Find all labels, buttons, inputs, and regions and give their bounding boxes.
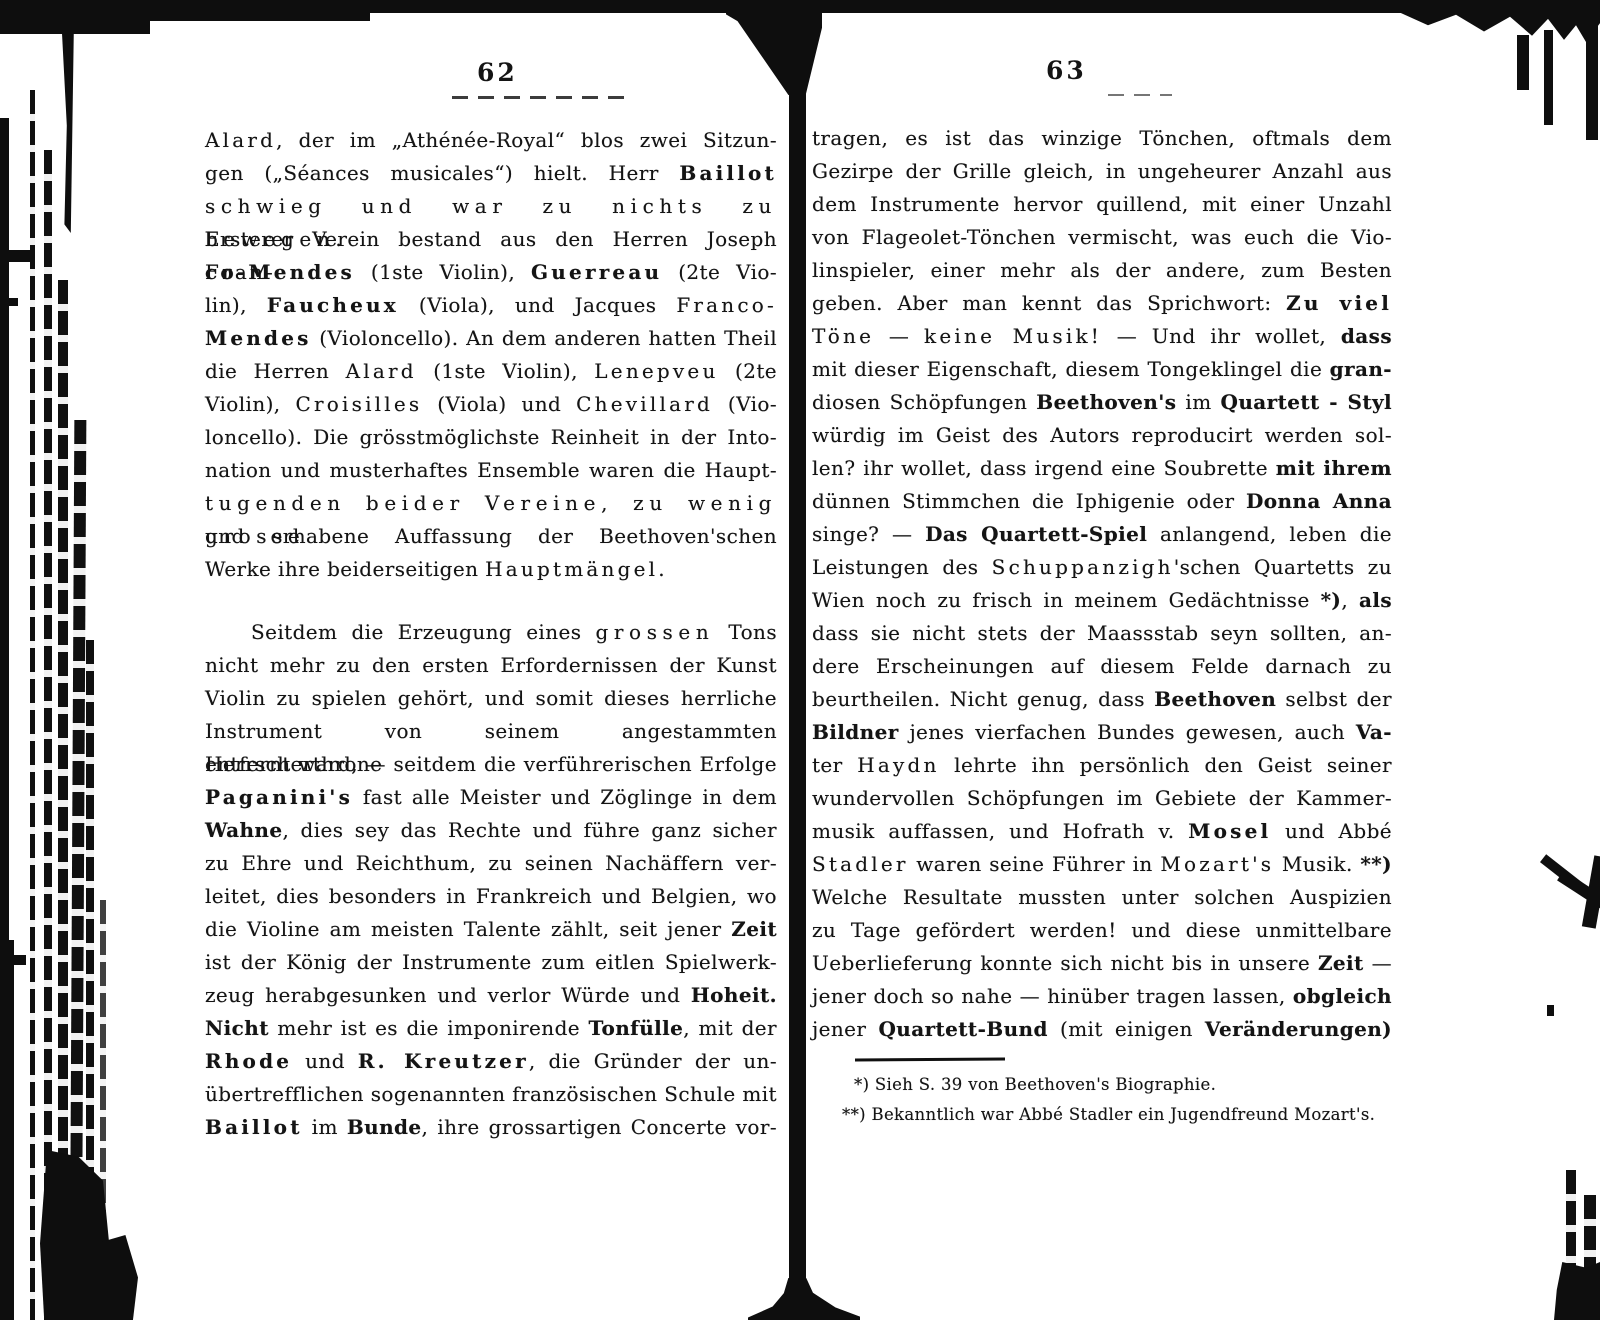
text-line: wundervollen Schöpfungen im Gebiete der …: [812, 782, 1392, 815]
scan-artifact-top-right-mass: [1400, 0, 1600, 42]
text-segment: R. Kreutzer: [358, 1049, 529, 1073]
scan-artifact-left-bar-thick: [0, 940, 14, 1320]
text-segment: und: [292, 1049, 358, 1073]
text-line: dere Erscheinungen auf diesem Felde darn…: [812, 650, 1392, 683]
scan-artifact-dot: [1547, 1005, 1554, 1016]
text-line: zu Ehre und Reichthum, zu seinen Nachäff…: [205, 847, 777, 880]
text-segment: Mendes: [205, 326, 312, 350]
page-62-text: Alard, der im „Athénée-Royal“ blos zwei …: [205, 124, 777, 1144]
text-line: tugenden beider Vereine, zu wenig grosse: [205, 487, 777, 520]
scan-artifact-gutter-foot: [748, 1278, 860, 1320]
text-segment: , dies sey das Rechte und führe ganz sic…: [283, 818, 778, 842]
text-line: von Flageolet-Tönchen vermischt, was euc…: [812, 221, 1392, 254]
text-segment: Guerreau: [531, 260, 662, 284]
text-line: tragen, es ist das winzige Tönchen, oftm…: [812, 122, 1392, 155]
text-segment: *): [1321, 588, 1342, 612]
text-segment: jener doch so nahe — hinüber tragen lass…: [812, 984, 1293, 1008]
text-line: übertrefflichen sogenannten französische…: [205, 1078, 777, 1111]
text-segment: gen („Séances musicales“) hielt. Herr: [205, 161, 679, 185]
text-segment: Werke ihre beiderseitigen: [205, 557, 485, 581]
text-segment: Schuppanzigh: [992, 555, 1174, 579]
text-segment: Bunde: [347, 1115, 422, 1139]
text-segment: Zu viel: [1286, 291, 1392, 315]
text-segment: Hoheit.: [691, 983, 777, 1007]
footnote-separator-rule: [855, 1057, 1005, 1061]
text-line: entfernt ward, — seitdem die verführeris…: [205, 748, 777, 781]
text-line: Wien noch zu frisch in meinem Gedächtnis…: [812, 584, 1392, 617]
text-segment: im: [303, 1115, 347, 1139]
text-segment: waren seine Führer in: [909, 852, 1161, 876]
scan-artifact-left-drip: [58, 18, 74, 233]
paragraph: tragen, es ist das winzige Tönchen, oftm…: [812, 122, 1392, 1046]
text-segment: ter: [812, 753, 857, 777]
text-segment: diosen Schöpfungen: [812, 390, 1036, 414]
text-segment: (1ste Violin),: [417, 359, 595, 383]
text-segment: jener: [812, 1017, 878, 1041]
page-number-underline-right: [1108, 94, 1172, 96]
text-segment: Seitdem die Erzeugung eines: [251, 620, 595, 644]
text-segment: Stadler: [812, 852, 909, 876]
text-line: dem Instrumente hervor quillend, mit ein…: [812, 188, 1392, 221]
text-segment: singe? —: [812, 522, 925, 546]
text-segment: jenes vierfachen Bundes gewesen, auch: [899, 720, 1356, 744]
text-segment: dass sie nicht stets der Maassstab seyn …: [812, 621, 1392, 645]
paragraph: Alard, der im „Athénée-Royal“ blos zwei …: [205, 124, 777, 586]
scan-artifact-drip: [1586, 25, 1598, 140]
text-line: dass sie nicht stets der Maassstab seyn …: [812, 617, 1392, 650]
footnote-block: *) Sieh S. 39 von Beethoven's Biographie…: [812, 1070, 1392, 1130]
text-segment: (2te: [719, 359, 777, 383]
text-segment: Veränderungen): [1205, 1017, 1392, 1041]
text-segment: , ihre grossartigen Concerte vor-: [422, 1115, 777, 1139]
text-line: nation und musterhaftes Ensemble waren d…: [205, 454, 777, 487]
page-63-footnotes: *) Sieh S. 39 von Beethoven's Biographie…: [812, 1070, 1392, 1130]
text-segment: Töne: [812, 324, 874, 348]
scanned-book-spread: 62 63 Alard, der im „Athénée-Royal“ blos…: [0, 0, 1600, 1320]
text-segment: loncello). Die grösstmöglichste Reinheit…: [205, 425, 777, 449]
text-segment: Ueberlieferung konnte sich nicht bis in …: [812, 951, 1318, 975]
text-line: beurtheilen. Nicht genug, dass Beethoven…: [812, 683, 1392, 716]
text-segment: 'schen Quartetts zu: [1174, 555, 1392, 579]
text-segment: dünnen Stimmchen die Iphigenie oder: [812, 489, 1246, 513]
text-segment: co-Mendes: [205, 260, 355, 284]
text-segment: selbst der: [1276, 687, 1392, 711]
text-segment: (Viola), und Jacques: [399, 293, 676, 317]
text-segment: dere Erscheinungen auf diesem Felde darn…: [812, 654, 1392, 678]
text-segment: lehrte ihn persönlich den Geist seiner: [940, 753, 1392, 777]
text-line: ist der König der Instrumente zum eitlen…: [205, 946, 777, 979]
text-line: gen („Séances musicales“) hielt. Herr Ba…: [205, 157, 777, 190]
text-segment: mit ihrem: [1276, 456, 1392, 480]
text-segment: , der im „Athénée-Royal“ blos zwei Sitzu…: [276, 128, 777, 152]
text-segment: Wien noch zu frisch in meinem Gedächtnis…: [812, 588, 1321, 612]
text-line: die Violine am meisten Talente zählt, se…: [205, 913, 777, 946]
text-segment: Donna Anna: [1246, 489, 1392, 513]
text-line: zu Tage gefördert werden! und diese unmi…: [812, 914, 1392, 947]
text-line: Violin zu spielen gehört, und somit dies…: [205, 682, 777, 715]
text-segment: (Vio-: [713, 392, 777, 416]
text-segment: Bildner: [812, 720, 899, 744]
text-segment: keine Musik!: [924, 324, 1102, 348]
page-63-text: tragen, es ist das winzige Tönchen, oftm…: [812, 122, 1392, 1046]
text-segment: Croisilles: [296, 392, 423, 416]
text-segment: *) Sieh S. 39 von Beethoven's Biographie…: [854, 1075, 1216, 1094]
text-segment: Musik.: [1274, 852, 1360, 876]
text-line: würdig im Geist des Autors reproducirt w…: [812, 419, 1392, 452]
text-segment: **): [1360, 852, 1392, 876]
text-segment: Paganini's: [205, 785, 353, 809]
text-segment: Wahne: [205, 818, 283, 842]
text-segment: Tons: [714, 620, 777, 644]
text-segment: —: [874, 324, 924, 348]
text-segment: gran-: [1330, 357, 1392, 381]
text-segment: len? ihr wollet, dass irgend eine Soubre…: [812, 456, 1276, 480]
text-segment: zeug herabgesunken und verlor Würde und: [205, 983, 691, 1007]
text-segment: und erhabene Auffassung der Beethoven'sc…: [205, 524, 777, 548]
text-line: leitet, dies besonders in Frankreich und…: [205, 880, 777, 913]
page-number-underline-left: [452, 96, 624, 99]
text-line: Gezirpe der Grille gleich, in ungeheurer…: [812, 155, 1392, 188]
text-line: nicht mehr zu den ersten Erfordernissen …: [205, 649, 777, 682]
text-segment: anlangend, leben die: [1147, 522, 1392, 546]
footnote-line: *) Sieh S. 39 von Beethoven's Biographie…: [812, 1070, 1392, 1100]
text-line: singe? — Das Quartett-Spiel anlangend, l…: [812, 518, 1392, 551]
text-segment: , die Gründer der un-: [529, 1049, 777, 1073]
text-line: dünnen Stimmchen die Iphigenie oder Donn…: [812, 485, 1392, 518]
text-line: Alard, der im „Athénée-Royal“ blos zwei …: [205, 124, 777, 157]
text-segment: nicht mehr zu den ersten Erfordernissen …: [205, 653, 777, 677]
scan-artifact-gutter-line: [789, 20, 806, 1300]
scan-artifact-drip: [1544, 30, 1553, 125]
text-line: Stadler waren seine Führer in Mozart's M…: [812, 848, 1392, 881]
text-segment: und Abbé: [1271, 819, 1392, 843]
text-segment: Quartett - Styl: [1221, 390, 1392, 414]
text-segment: Beethoven: [1154, 687, 1276, 711]
text-segment: lin),: [205, 293, 267, 317]
text-line: Wahne, dies sey das Rechte und führe gan…: [205, 814, 777, 847]
text-line: co-Mendes (1ste Violin), Guerreau (2te V…: [205, 256, 777, 289]
text-segment: Haydn: [857, 753, 939, 777]
text-segment: Lenepveu: [594, 359, 718, 383]
text-segment: geben. Aber man kennt das Sprichwort:: [812, 291, 1286, 315]
text-line: Ersterer Verein bestand aus den Herren J…: [205, 223, 777, 256]
text-segment: Mosel: [1188, 819, 1271, 843]
text-segment: mit dieser Eigenschaft, diesem Tongeklin…: [812, 357, 1330, 381]
text-segment: dem Instrumente hervor quillend, mit ein…: [812, 192, 1392, 216]
text-line: geben. Aber man kennt das Sprichwort: Zu…: [812, 287, 1392, 320]
text-line: die Herren Alard (1ste Violin), Lenepveu…: [205, 355, 777, 388]
text-segment: die Herren: [205, 359, 346, 383]
text-line: Leistungen des Schuppanzigh'schen Quarte…: [812, 551, 1392, 584]
scan-artifact-bottom-left-mass: [96, 1235, 138, 1320]
text-segment: Violin zu spielen gehört, und somit dies…: [205, 686, 777, 710]
text-segment: übertrefflichen sogenannten französische…: [205, 1082, 777, 1106]
text-segment: wundervollen Schöpfungen im Gebiete der …: [812, 786, 1392, 810]
page-number-left: 62: [477, 58, 518, 87]
text-segment: Welche Resultate mussten unter solchen A…: [812, 885, 1392, 909]
text-segment: Nicht: [205, 1016, 269, 1040]
text-segment: Chevillard: [576, 392, 713, 416]
text-segment: von Flageolet-Tönchen vermischt, was euc…: [812, 225, 1392, 249]
text-segment: Zeit: [1318, 951, 1364, 975]
text-segment: ,: [1341, 588, 1359, 612]
text-line: Mendes (Violoncello). An dem anderen hat…: [205, 322, 777, 355]
text-line: mit dieser Eigenschaft, diesem Tongeklin…: [812, 353, 1392, 386]
text-segment: Gezirpe der Grille gleich, in ungeheurer…: [812, 159, 1392, 183]
text-segment: würdig im Geist des Autors reproducirt w…: [812, 423, 1392, 447]
text-line: len? ihr wollet, dass irgend eine Soubre…: [812, 452, 1392, 485]
text-segment: Leistungen des: [812, 555, 992, 579]
text-segment: Ersterer Verein bestand aus den Herren J…: [205, 227, 777, 251]
text-line: Töne — keine Musik! — Und ihr wollet, da…: [812, 320, 1392, 353]
scan-artifact-left-tick: [0, 298, 18, 306]
text-segment: Alard: [205, 128, 276, 152]
text-line: linspieler, einer mehr als der andere, z…: [812, 254, 1392, 287]
text-segment: zu Tage gefördert werden! und diese unmi…: [812, 918, 1392, 942]
page-number-right: 63: [1046, 56, 1087, 85]
scan-artifact-streak: [30, 90, 35, 1320]
text-segment: im: [1176, 390, 1220, 414]
text-line: zeug herabgesunken und verlor Würde und …: [205, 979, 777, 1012]
text-line: schwieg und war zu nichts zu bewegen.: [205, 190, 777, 223]
footnote-line: **) Bekanntlich war Abbé Stadler ein Jug…: [812, 1100, 1392, 1130]
text-segment: (Violoncello). An dem anderen hatten The…: [312, 326, 777, 350]
text-line: musik auffassen, und Hofrath v. Mosel un…: [812, 815, 1392, 848]
text-segment: entfernt ward, — seitdem die verführeris…: [205, 752, 777, 776]
text-line: Baillot im Bunde, ihre grossartigen Conc…: [205, 1111, 777, 1144]
scan-artifact-streak: [44, 150, 52, 1320]
text-segment: grossen: [595, 620, 714, 644]
text-segment: beurtheilen. Nicht genug, dass: [812, 687, 1154, 711]
text-segment: , mit der: [683, 1016, 777, 1040]
text-line: loncello). Die grösstmöglichste Reinheit…: [205, 421, 777, 454]
text-segment: dass: [1341, 324, 1392, 348]
text-line: ter Haydn lehrte ihn persönlich den Geis…: [812, 749, 1392, 782]
text-line: Welche Resultate mussten unter solchen A…: [812, 881, 1392, 914]
scan-artifact-top-left-lump: [0, 0, 150, 34]
text-segment: die Violine am meisten Talente zählt, se…: [205, 917, 731, 941]
text-segment: Va-: [1356, 720, 1392, 744]
text-segment: nation und musterhaftes Ensemble waren d…: [205, 458, 777, 482]
text-segment: Beethoven's: [1036, 390, 1176, 414]
text-segment: **) Bekanntlich war Abbé Stadler ein Jug…: [842, 1105, 1375, 1124]
text-segment: Quartett-Bund: [878, 1017, 1047, 1041]
text-segment: Baillot: [205, 1115, 303, 1139]
paragraph: Seitdem die Erzeugung eines grossen Tons…: [205, 616, 777, 1144]
text-segment: —: [1364, 951, 1392, 975]
text-segment: Rhode: [205, 1049, 292, 1073]
text-line: Violin), Croisilles (Viola) und Chevilla…: [205, 388, 777, 421]
text-segment: Alard: [346, 359, 417, 383]
text-segment: tragen, es ist das winzige Tönchen, oftm…: [812, 126, 1392, 150]
text-segment: (Viola) und: [422, 392, 576, 416]
text-line: Paganini's fast alle Meister und Zögling…: [205, 781, 777, 814]
text-line: lin), Faucheux (Viola), und Jacques Fran…: [205, 289, 777, 322]
text-segment: leitet, dies besonders in Frankreich und…: [205, 884, 777, 908]
scan-artifact-gutter-wedge: [726, 11, 822, 95]
text-segment: Zeit: [731, 917, 777, 941]
text-segment: als: [1359, 588, 1392, 612]
text-segment: (mit einigen: [1048, 1017, 1205, 1041]
scan-artifact-top-bar-thick: [140, 8, 370, 21]
text-segment: — Und ihr wollet,: [1102, 324, 1341, 348]
text-segment: musik auffassen, und Hofrath v.: [812, 819, 1188, 843]
text-segment: mehr ist es die imponirende: [269, 1016, 589, 1040]
text-segment: linspieler, einer mehr als der andere, z…: [812, 258, 1392, 282]
text-segment: Violin),: [205, 392, 296, 416]
scan-artifact-left-tick: [0, 955, 26, 965]
text-segment: Baillot: [679, 161, 777, 185]
text-segment: (1ste Violin),: [355, 260, 531, 284]
text-line: jener doch so nahe — hinüber tragen lass…: [812, 980, 1392, 1013]
text-segment: Faucheux: [267, 293, 399, 317]
text-segment: Hauptmängel.: [485, 557, 668, 581]
text-line: Werke ihre beiderseitigen Hauptmängel.: [205, 553, 777, 586]
text-line: und erhabene Auffassung der Beethoven'sc…: [205, 520, 777, 553]
scan-artifact-drip: [1517, 35, 1529, 90]
text-segment: Das Quartett-Spiel: [925, 522, 1147, 546]
text-segment: obgleich: [1293, 984, 1392, 1008]
text-segment: fast alle Meister und Zöglinge in dem: [353, 785, 777, 809]
text-line: Instrument von seinem angestammten Herrs…: [205, 715, 777, 748]
text-segment: Franco-: [676, 293, 777, 317]
text-line: jener Quartett-Bund (mit einigen Verände…: [812, 1013, 1392, 1046]
text-line: Bildner jenes vierfachen Bundes gewesen,…: [812, 716, 1392, 749]
scan-artifact-bottom-right-mass: [1554, 1262, 1600, 1320]
scan-artifact-left-tick: [0, 250, 30, 262]
text-line: Nicht mehr ist es die imponirende Tonfül…: [205, 1012, 777, 1045]
text-segment: (2te Vio-: [662, 260, 777, 284]
text-line: Rhode und R. Kreutzer, die Gründer der u…: [205, 1045, 777, 1078]
text-line: Seitdem die Erzeugung eines grossen Tons: [205, 616, 777, 649]
text-segment: Mozart's: [1160, 852, 1274, 876]
text-segment: Tonfülle: [589, 1016, 684, 1040]
text-line: diosen Schöpfungen Beethoven's im Quarte…: [812, 386, 1392, 419]
text-line: Ueberlieferung konnte sich nicht bis in …: [812, 947, 1392, 980]
text-segment: ist der König der Instrumente zum eitlen…: [205, 950, 777, 974]
text-segment: zu Ehre und Reichthum, zu seinen Nachäff…: [205, 851, 777, 875]
